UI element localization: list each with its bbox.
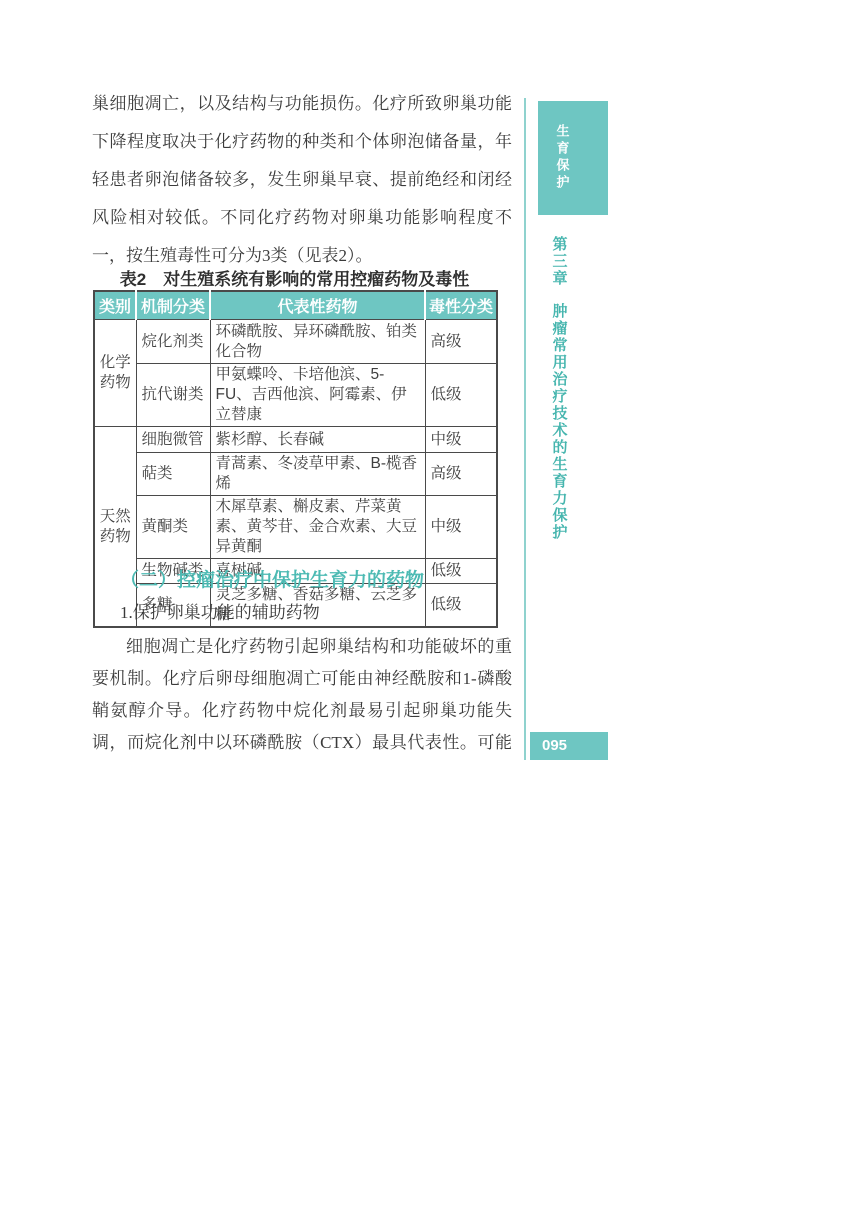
toxicity-cell: 低级 (425, 584, 497, 628)
toxicity-cell: 高级 (425, 320, 497, 364)
chapter-title: 肿瘤常用治疗技术的生育力保护 (549, 303, 570, 541)
mechanism-cell: 黄酮类 (136, 496, 210, 559)
text-line: 下降程度取决于化疗药物的种类和个体卵泡储备量，年 (92, 123, 512, 161)
chapter-number: 第三章 (549, 236, 570, 287)
table-row: 化学药物 烷化剂类 环磷酰胺、异环磷酰胺、铂类化合物 高级 (94, 320, 497, 364)
subsection-heading: 1.保护卵巢功能的辅助药物 (120, 598, 320, 623)
column-header-mechanism: 机制分类 (136, 291, 210, 320)
toxicity-cell: 低级 (425, 364, 497, 427)
sidebar-tab-label: 生育保护 (553, 124, 572, 192)
category-cell: 天然药物 (94, 427, 136, 628)
drugs-cell: 甲氨蝶呤、卡培他滨、5-FU、吉西他滨、阿霉素、伊立替康 (210, 364, 425, 427)
text-line: 巢细胞凋亡，以及结构与功能损伤。化疗所致卵巢功能 (92, 85, 512, 123)
table-header-row: 类别 机制分类 代表性药物 毒性分类 (94, 291, 497, 320)
text-line: 轻患者卵泡储备较多，发生卵巢早衰、提前绝经和闭经 (92, 161, 512, 199)
table-row: 黄酮类 木犀草素、槲皮素、芹菜黄素、黄芩苷、金合欢素、大豆异黄酮 中级 (94, 496, 497, 559)
toxicity-cell: 中级 (425, 427, 497, 453)
paragraph-apoptosis: 细胞凋亡是化疗药物引起卵巢结构和功能破坏的重 要机制。化疗后卵母细胞凋亡可能由神… (92, 631, 512, 759)
toxicity-cell: 低级 (425, 559, 497, 584)
column-header-category: 类别 (94, 291, 136, 320)
paragraph-ovary-function: 巢细胞凋亡，以及结构与功能损伤。化疗所致卵巢功能 下降程度取决于化疗药物的种类和… (92, 85, 512, 275)
section-heading: （二）控瘤治疗中保护生育力的药物 (120, 565, 424, 592)
chapter-label: 第三章 肿瘤常用治疗技术的生育力保护 (548, 236, 570, 541)
text-line: 要机制。化疗后卵母细胞凋亡可能由神经酰胺和1-磷酸 (92, 663, 512, 695)
drugs-cell: 青蒿素、冬凌草甲素、B-榄香烯 (210, 453, 425, 496)
text-line: 细胞凋亡是化疗药物引起卵巢结构和功能破坏的重 (92, 631, 512, 663)
mechanism-cell: 细胞微管 (136, 427, 210, 453)
mechanism-cell: 抗代谢类 (136, 364, 210, 427)
drugs-cell: 木犀草素、槲皮素、芹菜黄素、黄芩苷、金合欢素、大豆异黄酮 (210, 496, 425, 559)
text-line: 调，而烷化剂中以环磷酰胺（CTX）最具代表性。可能 (92, 727, 512, 759)
toxicity-cell: 高级 (425, 453, 497, 496)
drugs-cell: 环磷酰胺、异环磷酰胺、铂类化合物 (210, 320, 425, 364)
table-caption: 表2 对生殖系统有影响的常用控瘤药物及毒性 (93, 265, 496, 290)
text-line: 风险相对较低。不同化疗药物对卵巢功能影响程度不 (92, 199, 512, 237)
sidebar-divider-line (524, 98, 526, 760)
toxicity-cell: 中级 (425, 496, 497, 559)
text-line: 鞘氨醇介导。化疗药物中烷化剂最易引起卵巢功能失 (92, 695, 512, 727)
page-number-badge: 095 (530, 732, 608, 760)
table-row: 抗代谢类 甲氨蝶呤、卡培他滨、5-FU、吉西他滨、阿霉素、伊立替康 低级 (94, 364, 497, 427)
column-header-drugs: 代表性药物 (210, 291, 425, 320)
mechanism-cell: 烷化剂类 (136, 320, 210, 364)
drugs-cell: 紫杉醇、长春碱 (210, 427, 425, 453)
mechanism-cell: 萜类 (136, 453, 210, 496)
book-page: 巢细胞凋亡，以及结构与功能损伤。化疗所致卵巢功能 下降程度取决于化疗药物的种类和… (0, 0, 867, 1218)
table-row: 天然药物 细胞微管 紫杉醇、长春碱 中级 (94, 427, 497, 453)
table-row: 萜类 青蒿素、冬凌草甲素、B-榄香烯 高级 (94, 453, 497, 496)
column-header-toxicity: 毒性分类 (425, 291, 497, 320)
category-cell: 化学药物 (94, 320, 136, 427)
sidebar-section-tab: 生育保护 (538, 101, 608, 215)
